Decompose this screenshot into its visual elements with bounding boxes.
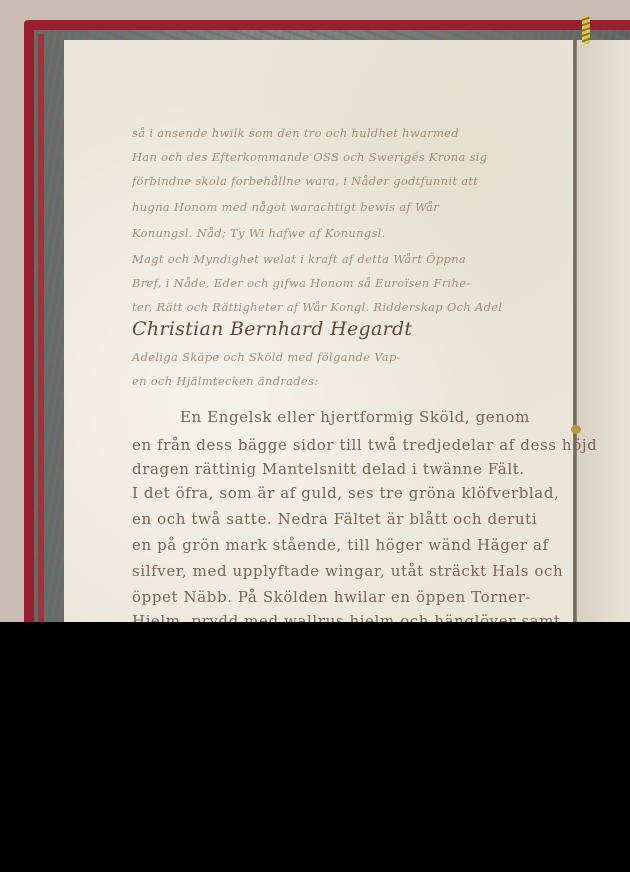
gothic-line: öppet Näbb. På Skölden hwilar en öppen T… [132,588,531,606]
right-page-edge [577,40,630,622]
gothic-line: En Engelsk eller hjertformig Sköld, geno… [180,408,530,426]
binding-thread-knot-icon [571,425,581,434]
cursive-line: en och Hjälmtecken ändrades: [132,374,318,388]
gothic-line: I det öfra, som är af guld, ses tre grön… [132,484,559,502]
binding-cord-icon [582,16,590,44]
cursive-line: Han och des Efterkommande OSS och Swerig… [132,150,487,164]
cursive-line: förbindne skola forbehållne wara, i Nåde… [132,174,478,188]
gothic-line: en från dess bägge sidor till twå tredje… [132,436,597,454]
cursive-line: så i ansende hwilk som den tro och huldh… [132,126,459,140]
recipient-name: Christian Bernhard Hegardt [132,318,412,340]
cursive-line: Konungsl. Nåd; Ty Wi hafwe af Konungsl. [132,226,386,240]
cursive-line: Magt och Myndighet welat i kraft af dett… [132,252,466,266]
cursive-line: ter, Rätt och Rättigheter af Wår Kongl. … [132,300,502,314]
manuscript-scan: så i ansende hwilk som den tro och huldh… [0,0,630,622]
gothic-line-cut: Hjelm, prydd med wallrus hjelm och hängl… [132,612,561,622]
cursive-line: Adeliga Skäpe och Sköld med fölgande Vap… [132,350,401,364]
gothic-line: silfver, med upplyftade wingar, utåt str… [132,562,563,580]
gothic-line: en på grön mark stående, till höger wänd… [132,536,549,554]
gothic-line: dragen rättinig Mantelsnitt delad i twän… [132,460,525,478]
cursive-line: Bref, i Nåde, Eder och gifwa Honom så Eu… [132,276,471,290]
gothic-line: en och twå satte. Nedra Fältet är blått … [132,510,537,528]
cursive-line: hugna Honom med något warachtigt bewis a… [132,200,439,214]
red-cover-border [38,34,44,622]
